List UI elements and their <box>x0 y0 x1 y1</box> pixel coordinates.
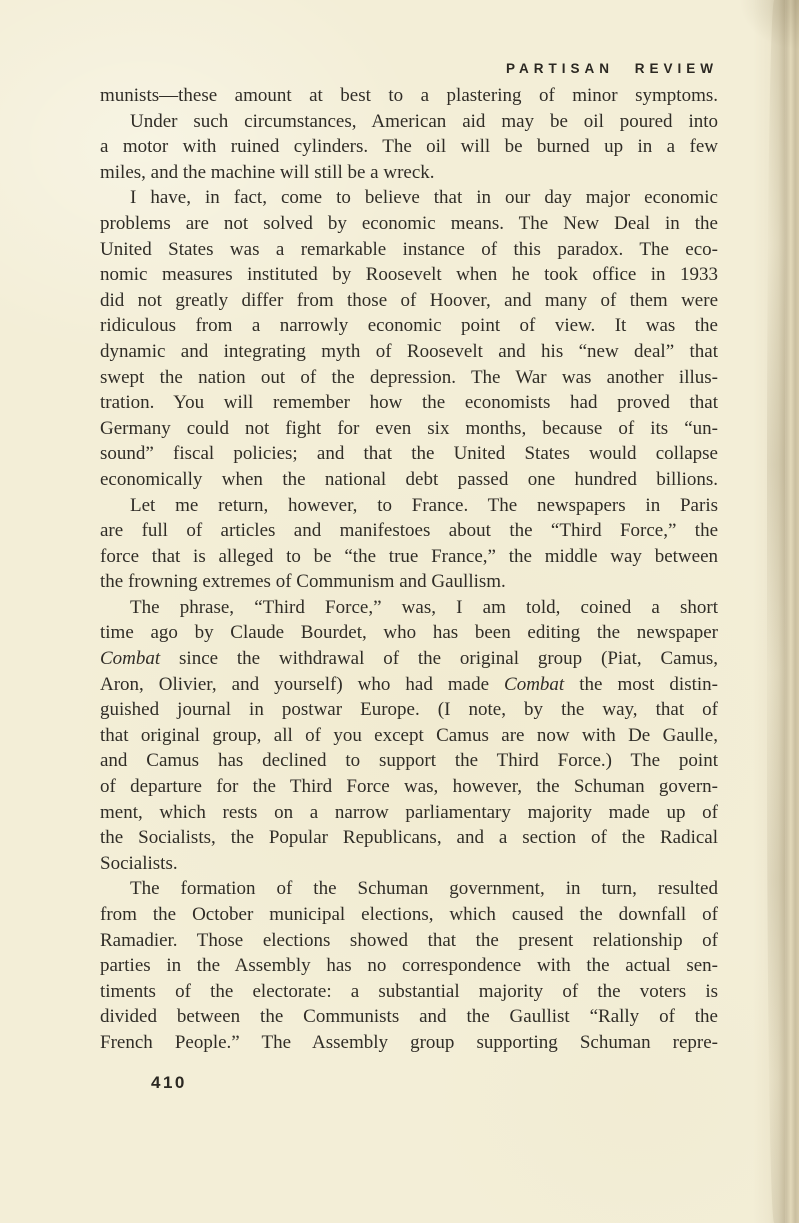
paragraph: Let me return, however, to France. The n… <box>100 493 718 595</box>
text-line: French People.” The Assembly group suppo… <box>100 1030 718 1056</box>
text-line: economically when the national debt pass… <box>100 467 718 493</box>
text-line: did not greatly differ from those of Hoo… <box>100 288 718 314</box>
text-line: force that is alleged to be “the true Fr… <box>100 544 718 570</box>
text-line: munists—these amount at best to a plaste… <box>100 83 718 109</box>
text-line: Aron, Olivier, and yourself) who had mad… <box>100 672 718 698</box>
text-line: United States was a remarkable instance … <box>100 237 718 263</box>
paragraph: munists—these amount at best to a plaste… <box>100 83 718 109</box>
paragraph: I have, in fact, come to believe that in… <box>100 185 718 492</box>
text-line: I have, in fact, come to believe that in… <box>100 185 718 211</box>
text-line: Under such circumstances, American aid m… <box>100 109 718 135</box>
text-line: a motor with ruined cylinders. The oil w… <box>100 134 718 160</box>
text-line: sound” fiscal policies; and that the Uni… <box>100 441 718 467</box>
text-line: Germany could not fight for even six mon… <box>100 416 718 442</box>
text-line: the frowning extremes of Communism and G… <box>100 569 718 595</box>
page-edge-curl <box>767 0 785 1223</box>
text-line: timents of the electorate: a substantial… <box>100 979 718 1005</box>
text-line: from the October municipal elections, wh… <box>100 902 718 928</box>
text-line: ridiculous from a narrowly economic poin… <box>100 313 718 339</box>
text-line: dynamic and integrating myth of Roosevel… <box>100 339 718 365</box>
text-line: guished journal in postwar Europe. (I no… <box>100 697 718 723</box>
text-line: Ramadier. Those elections showed that th… <box>100 928 718 954</box>
text-line: that original group, all of you except C… <box>100 723 718 749</box>
text-line: The phrase, “Third Force,” was, I am tol… <box>100 595 718 621</box>
text-line: nomic measures instituted by Roosevelt w… <box>100 262 718 288</box>
text-line: divided between the Communists and the G… <box>100 1004 718 1030</box>
corner-shade <box>739 0 799 50</box>
text-line: Let me return, however, to France. The n… <box>100 493 718 519</box>
scanned-magazine-page: PARTISAN REVIEW munists—these amount at … <box>0 0 799 1223</box>
text-line: swept the nation out of the depression. … <box>100 365 718 391</box>
page-number: 410 <box>151 1073 187 1093</box>
body-text: munists—these amount at best to a plaste… <box>100 83 718 1056</box>
text-line: tration. You will remember how the econo… <box>100 390 718 416</box>
paragraph: Under such circumstances, American aid m… <box>100 109 718 186</box>
text-line: problems are not solved by economic mean… <box>100 211 718 237</box>
text-line: time ago by Claude Bourdet, who has been… <box>100 620 718 646</box>
text-line: miles, and the machine will still be a w… <box>100 160 718 186</box>
text-line: are full of articles and manifestoes abo… <box>100 518 718 544</box>
paragraph: The phrase, “Third Force,” was, I am tol… <box>100 595 718 877</box>
text-line: and Camus has declined to support the Th… <box>100 748 718 774</box>
text-line: ment, which rests on a narrow parliament… <box>100 800 718 826</box>
running-head: PARTISAN REVIEW <box>100 61 718 76</box>
text-line: The formation of the Schuman government,… <box>100 876 718 902</box>
text-line: parties in the Assembly has no correspon… <box>100 953 718 979</box>
paragraph: The formation of the Schuman government,… <box>100 876 718 1055</box>
text-line: Combat since the withdrawal of the origi… <box>100 646 718 672</box>
text-line: the Socialists, the Popular Republicans,… <box>100 825 718 851</box>
text-line: Socialists. <box>100 851 718 877</box>
text-line: of departure for the Third Force was, ho… <box>100 774 718 800</box>
